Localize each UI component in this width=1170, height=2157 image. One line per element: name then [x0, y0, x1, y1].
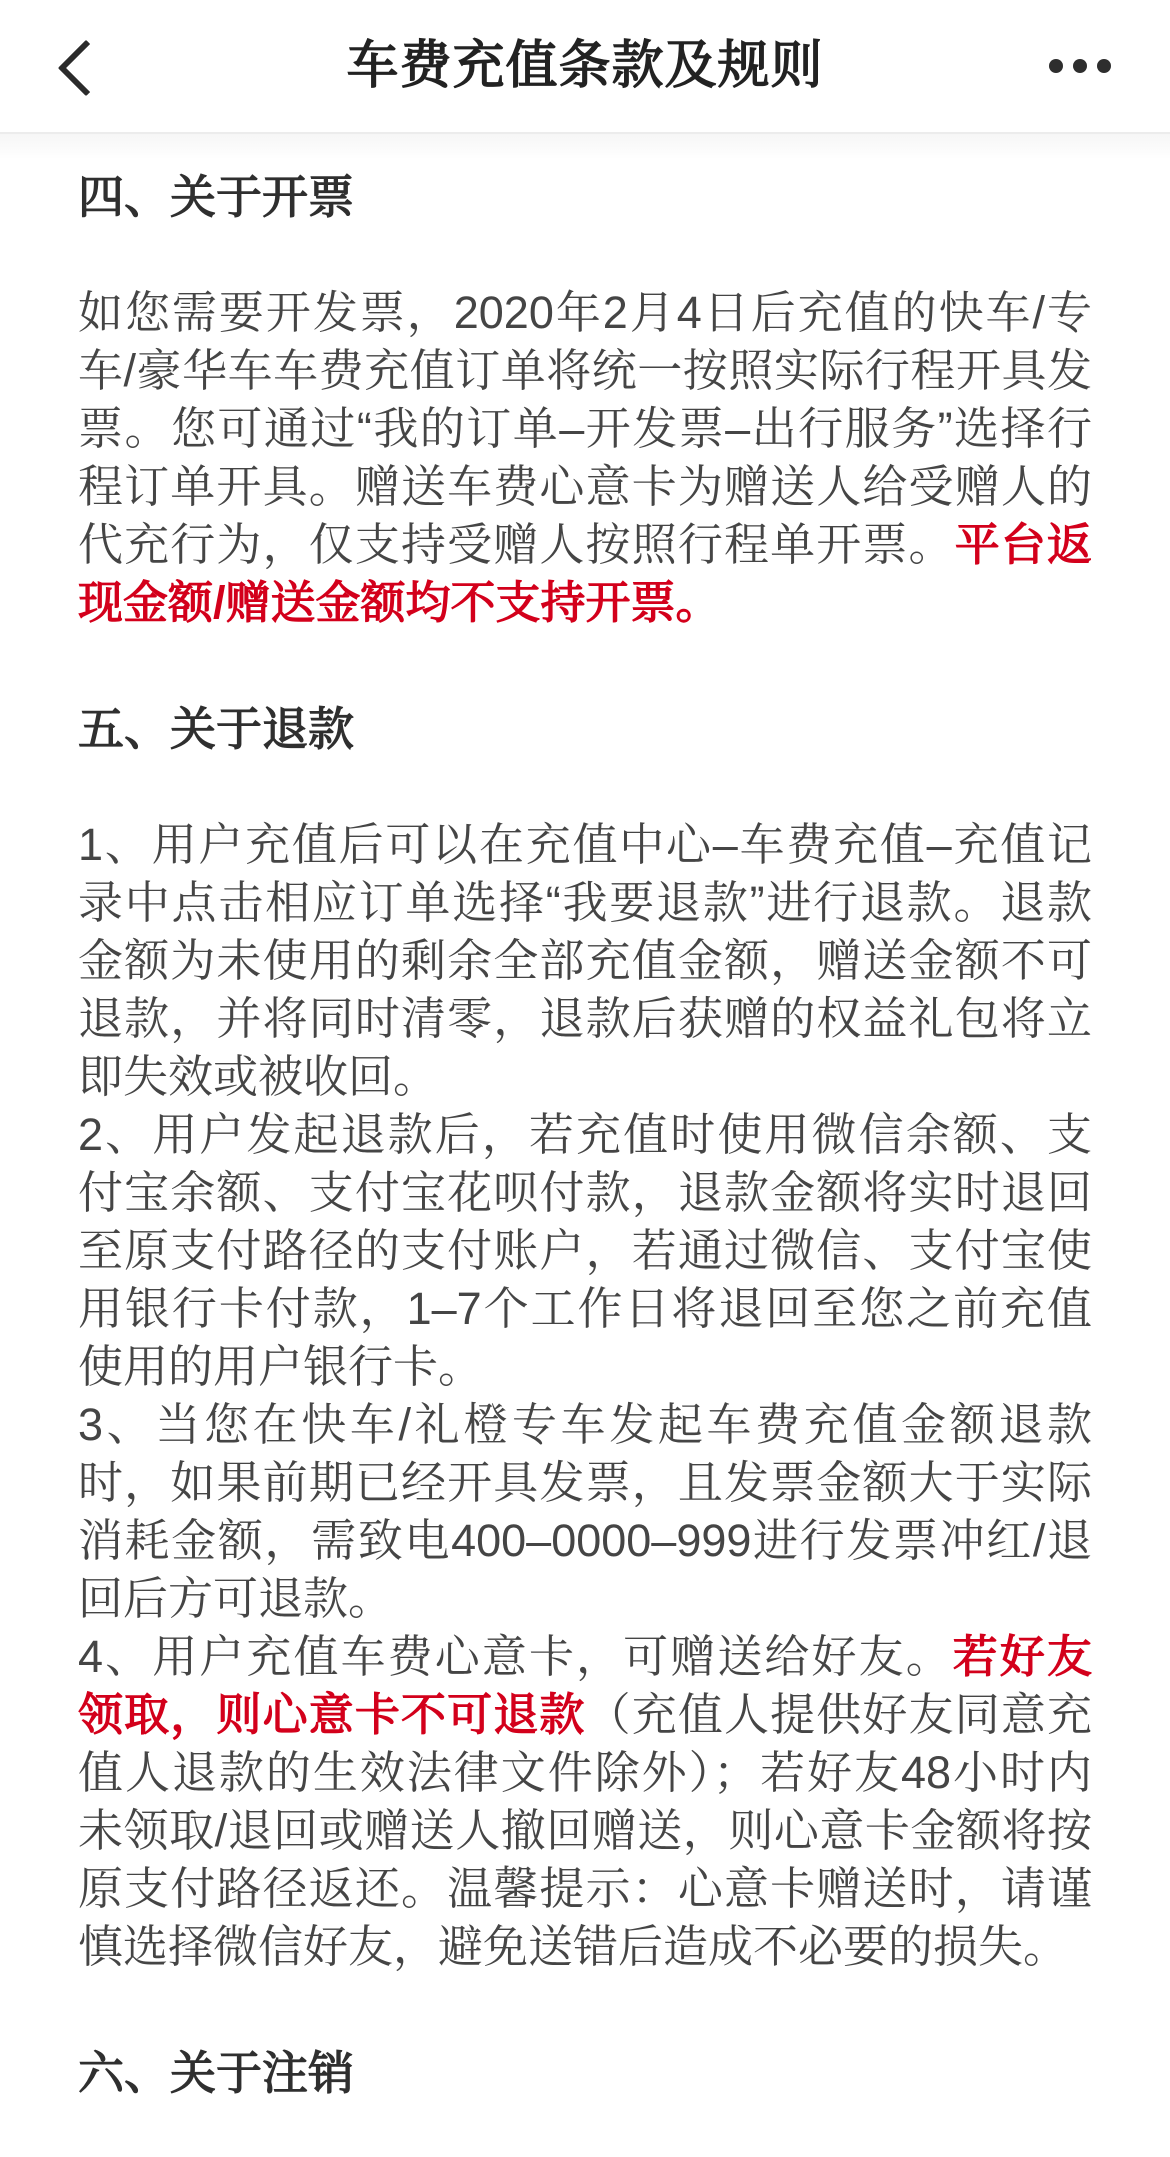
terms-paragraph: 1、用户充值后可以在充值中心–车费充值–充值记录中点击相应订单选择“我要退款”进…: [78, 816, 1092, 1106]
chevron-left-icon: [58, 40, 115, 97]
terms-paragraph: 3、当您在快车/礼橙专车发起车费充值金额退款时，如果前期已经开具发票，且发票金额…: [78, 1396, 1092, 1628]
ellipsis-icon: [1073, 59, 1087, 73]
section-heading: 四、关于开票: [78, 168, 1092, 226]
terms-content: 四、关于开票如您需要开发票，2020年2月4日后充值的快车/专车/豪华车车费充值…: [0, 134, 1170, 2102]
body-text-run: 1、用户充值后可以在充值中心–车费充值–充值记录中点击相应订单选择“我要退款”进…: [78, 819, 1092, 1102]
body-text-run: 2、用户发起退款后，若充值时使用微信余额、支付宝余额、支付宝花呗付款，退款金额将…: [78, 1109, 1092, 1392]
ellipsis-icon: [1097, 59, 1111, 73]
ellipsis-icon: [1049, 59, 1063, 73]
terms-paragraph: 4、用户充值车费心意卡，可赠送给好友。若好友领取，则心意卡不可退款（充值人提供好…: [78, 1628, 1092, 1976]
more-button[interactable]: [1020, 16, 1140, 116]
body-text-run: 4、用户充值车费心意卡，可赠送给好友。: [78, 1631, 953, 1682]
body-text-run: 如您需要开发票，2020年2月4日后充值的快车/专车/豪华车车费充值订单将统一按…: [78, 287, 1092, 570]
terms-paragraph: 2、用户发起退款后，若充值时使用微信余额、支付宝余额、支付宝花呗付款，退款金额将…: [78, 1106, 1092, 1396]
section-heading: 六、关于注销: [78, 2044, 1092, 2102]
section-heading: 五、关于退款: [78, 700, 1092, 758]
terms-paragraph: 如您需要开发票，2020年2月4日后充值的快车/专车/豪华车车费充值订单将统一按…: [78, 284, 1092, 632]
back-button[interactable]: [34, 16, 134, 116]
nav-bar: 车费充值条款及规则: [0, 0, 1170, 134]
body-text-run: 3、当您在快车/礼橙专车发起车费充值金额退款时，如果前期已经开具发票，且发票金额…: [78, 1399, 1092, 1624]
page-title: 车费充值条款及规则: [0, 0, 1170, 132]
